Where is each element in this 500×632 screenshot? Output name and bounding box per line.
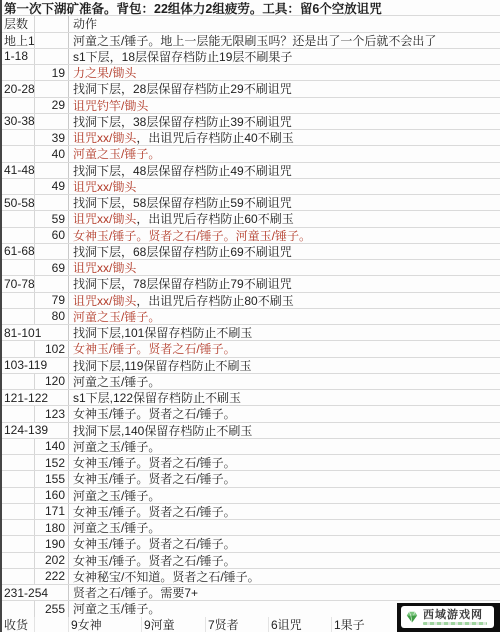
- action-text: s1下层，18层保留存档防止19层不刷果子: [73, 50, 292, 64]
- table-row[interactable]: 121-122s1下层,122保留存档防止不刷玉: [2, 390, 500, 406]
- action-text: 河童之玉/锤子。: [73, 440, 160, 454]
- watermark-text-column: 西域游戏网: [423, 609, 487, 625]
- action-text: 河童之玉/锤子。地上一层能无限刷玉吗？还是出了一个后就不会出了: [73, 34, 436, 48]
- gem-icon: [404, 609, 420, 625]
- layer-range-cell: [2, 439, 35, 454]
- layer-number: 222: [45, 569, 65, 583]
- table-row[interactable]: 124-139找洞下层,140保留存档防止不刷玉: [2, 423, 500, 439]
- action-text: 女神玉/锤子。贤者之石/锤子。: [73, 554, 236, 568]
- action-text: 河童之玉/锤子。: [73, 375, 160, 389]
- layer-range: 81-101: [4, 326, 41, 340]
- action-cell: 诅咒钓竿/锄头: [69, 97, 500, 114]
- layer-range-cell: [2, 146, 35, 161]
- action-cell: 找洞下层，48层保留存档防止49不刷诅咒: [69, 162, 500, 179]
- layer-range: 30-38: [4, 114, 35, 128]
- table-row[interactable]: 69诅咒xx/锄头: [2, 260, 500, 276]
- footer-count-sage: 7贤者: [206, 617, 269, 632]
- watermark-site-name: 西域游戏网: [423, 609, 487, 621]
- layer-range-cell: 地上1: [2, 33, 35, 48]
- layer-number-cell: 102: [35, 341, 69, 356]
- action-text: ，出诅咒后存档防止80不刷玉: [136, 294, 293, 308]
- action-text: 诅咒xx/锄头: [73, 261, 136, 275]
- table-row[interactable]: 19力之果/锄头: [2, 65, 500, 81]
- table-row[interactable]: 59诅咒xx/锄头，出诅咒后存档防止60不刷玉: [2, 211, 500, 227]
- layer-number: 202: [45, 553, 65, 567]
- table-row[interactable]: 60女神玉/锤子。贤者之石/锤子。河童玉/锤子。: [2, 228, 500, 244]
- layer-range: 231-254: [4, 586, 48, 600]
- layer-number: 120: [45, 374, 65, 388]
- action-cell: 女神秘宝/不知道。贤者之石/锤子。: [69, 568, 500, 585]
- table-row[interactable]: 49诅咒xx/锄头: [2, 179, 500, 195]
- table-row[interactable]: 152女神玉/锤子。贤者之石/锤子。: [2, 455, 500, 471]
- layer-number-cell: 222: [35, 569, 69, 584]
- layer-number-cell: 155: [35, 471, 69, 486]
- layer-number-cell: [35, 81, 69, 96]
- layer-number-cell: 39: [35, 130, 69, 145]
- layer-number-cell: 19: [35, 65, 69, 80]
- action-text: 女神玉/锤子。贤者之石/锤子。: [73, 456, 236, 470]
- action-cell: 女神玉/锤子。贤者之石/锤子。: [69, 552, 500, 569]
- table-row[interactable]: 79诅咒xx/锄头，出诅咒后存档防止80不刷玉: [2, 293, 500, 309]
- layer-number-cell: 49: [35, 179, 69, 194]
- table-row[interactable]: 202女神玉/锤子。贤者之石/锤子。: [2, 553, 500, 569]
- action-text: 诅咒xx/锄头: [73, 212, 136, 226]
- layer-number: 160: [45, 488, 65, 502]
- action-cell: 河童之玉/锤子。地上一层能无限刷玉吗？还是出了一个后就不会出了: [69, 32, 500, 49]
- layer-number-cell: 140: [35, 439, 69, 454]
- table-row[interactable]: 20-28找洞下层，28层保留存档防止29不刷诅咒: [2, 81, 500, 97]
- layer-number-cell: [35, 114, 69, 129]
- layer-number-cell: 123: [35, 406, 69, 421]
- action-text: 找洞下层，48层保留存档防止49不刷诅咒: [73, 164, 292, 178]
- action-text: 诅咒xx/锄头: [73, 131, 136, 145]
- layer-range-cell: 1-18: [2, 49, 35, 64]
- action-text: 河童之玉/锤子。: [73, 489, 160, 503]
- action-text: 找洞下层，78层保留存档防止79不刷诅咒: [73, 277, 292, 291]
- layer-number: 102: [45, 342, 65, 356]
- action-cell: 河童之玉/锤子。: [69, 487, 500, 504]
- layer-number-cell: [35, 195, 69, 210]
- column-header-spacer: [35, 16, 69, 31]
- table-row[interactable]: 41-48找洞下层，48层保留存档防止49不刷诅咒: [2, 163, 500, 179]
- layer-range-cell: [2, 228, 35, 243]
- table-row[interactable]: 80河童之玉/锤子。: [2, 309, 500, 325]
- action-cell: 力之果/锄头: [69, 64, 500, 81]
- layer-range: 121-122: [4, 391, 48, 405]
- action-text: 诅咒xx/锄头: [73, 294, 136, 308]
- layer-range-cell: [2, 406, 35, 421]
- action-cell: 找洞下层,101保留存档防止不刷玉: [69, 324, 500, 341]
- table-row[interactable]: 1-18s1下层，18层保留存档防止19层不刷果子: [2, 49, 500, 65]
- layer-range-cell: [2, 569, 35, 584]
- layer-number: 152: [45, 456, 65, 470]
- table-row[interactable]: 50-58找洞下层，58层保留存档防止59不刷诅咒: [2, 195, 500, 211]
- layer-number: 155: [45, 472, 65, 486]
- layer-number: 60: [52, 228, 65, 242]
- table-row[interactable]: 地上1河童之玉/锤子。地上一层能无限刷玉吗？还是出了一个后就不会出了: [2, 33, 500, 49]
- layer-range: 70-78: [4, 277, 35, 291]
- layer-number-cell: 202: [35, 553, 69, 568]
- layer-range-cell: [2, 260, 35, 275]
- table-row[interactable]: 61-68找洞下层，68层保留存档防止69不刷诅咒: [2, 244, 500, 260]
- action-cell: 女神玉/锤子。贤者之石/锤子。河童玉/锤子。: [69, 227, 500, 244]
- action-cell: 找洞下层，38层保留存档防止39不刷诅咒: [69, 113, 500, 130]
- action-text: 找洞下层，28层保留存档防止29不刷诅咒: [73, 82, 292, 96]
- action-cell: 诅咒xx/锄头，出诅咒后存档防止80不刷玉: [69, 292, 500, 309]
- layer-number-cell: 255: [35, 601, 69, 616]
- action-text: 找洞下层，38层保留存档防止39不刷诅咒: [73, 115, 292, 129]
- table-row[interactable]: 40河童之玉/锤子。: [2, 146, 500, 162]
- layer-range: 1-18: [4, 49, 28, 63]
- action-cell: 找洞下层，68层保留存档防止69不刷诅咒: [69, 243, 500, 260]
- layer-range-cell: [2, 309, 35, 324]
- action-text: 诅咒钓竿/锄头: [73, 99, 148, 113]
- layer-number-cell: [35, 33, 69, 48]
- action-cell: 女神玉/锤子。贤者之石/锤子。: [69, 470, 500, 487]
- action-cell: 诅咒xx/锄头: [69, 178, 500, 195]
- action-text: 女神秘宝/不知道。贤者之石/锤子。: [73, 570, 260, 584]
- layer-range-cell: 50-58: [2, 195, 35, 210]
- layer-range-cell: [2, 374, 35, 389]
- layer-number-cell: 79: [35, 293, 69, 308]
- action-cell: 女神玉/锤子。贤者之石/锤子。: [69, 405, 500, 422]
- action-text: 找洞下层,101保留存档防止不刷玉: [73, 326, 252, 340]
- table-row[interactable]: 123女神玉/锤子。贤者之石/锤子。: [2, 406, 500, 422]
- layer-range-cell: [2, 98, 35, 113]
- layer-range-cell: [2, 341, 35, 356]
- action-text: s1下层,122保留存档防止不刷玉: [73, 391, 241, 405]
- column-header-action: 动作: [69, 15, 500, 32]
- action-text: ，出诅咒后存档防止60不刷玉: [136, 212, 293, 226]
- action-cell: 找洞下层，78层保留存档防止79不刷诅咒: [69, 275, 500, 292]
- action-cell: 诅咒xx/锄头，出诅咒后存档防止60不刷玉: [69, 210, 500, 227]
- spreadsheet: 第一次下湖矿准备。背包：22组体力2组疲劳。工具：留6个空放诅咒 层数 动作 地…: [0, 0, 500, 632]
- layer-number-cell: 80: [35, 309, 69, 324]
- action-text: 找洞下层,119保留存档防止不刷玉: [73, 359, 251, 373]
- table-row[interactable]: 160河童之玉/锤子。: [2, 488, 500, 504]
- table-row[interactable]: 29诅咒钓竿/锄头: [2, 98, 500, 114]
- footer-count-curse: 6诅咒: [269, 617, 332, 632]
- action-cell: 诅咒xx/锄头，出诅咒后存档防止40不刷玉: [69, 129, 500, 146]
- action-cell: 女神玉/锤子。贤者之石/锤子。: [69, 454, 500, 471]
- layer-range-cell: [2, 553, 35, 568]
- layer-number-cell: [35, 163, 69, 178]
- action-text: 河童之玉/锤子。: [73, 310, 160, 324]
- layer-number-cell: 29: [35, 98, 69, 113]
- layer-range-cell: [2, 65, 35, 80]
- layer-range-cell: [2, 179, 35, 194]
- layer-number-cell: 180: [35, 520, 69, 535]
- action-text: 女神玉/锤子。贤者之石/锤子。: [73, 537, 236, 551]
- action-text: ，出诅咒后存档防止40不刷玉: [136, 131, 293, 145]
- layer-range-cell: [2, 293, 35, 308]
- layer-number-cell: 190: [35, 536, 69, 551]
- action-cell: 河童之玉/锤子。: [69, 519, 500, 536]
- table-row[interactable]: 155女神玉/锤子。贤者之石/锤子。: [2, 471, 500, 487]
- page-title: 第一次下湖矿准备。背包：22组体力2组疲劳。工具：留6个空放诅咒: [4, 0, 382, 17]
- action-cell: 诅咒xx/锄头: [69, 259, 500, 276]
- action-text: 力之果/锄头: [73, 66, 136, 80]
- table-row[interactable]: 102女神玉/锤子。贤者之石/锤子。: [2, 341, 500, 357]
- action-cell: s1下层,122保留存档防止不刷玉: [69, 389, 500, 406]
- layer-number-cell: 160: [35, 488, 69, 503]
- table-row[interactable]: 81-101找洞下层,101保留存档防止不刷玉: [2, 325, 500, 341]
- action-cell: 找洞下层,119保留存档防止不刷玉: [69, 357, 500, 374]
- layer-number: 180: [45, 521, 65, 535]
- action-cell: 女神玉/锤子。贤者之石/锤子。: [69, 503, 500, 520]
- action-text: 女神玉/锤子。贤者之石/锤子。: [73, 472, 236, 486]
- footer-count-fruit: 1果子: [332, 617, 402, 632]
- layer-number-cell: 40: [35, 146, 69, 161]
- layer-number: 49: [52, 179, 65, 193]
- layer-range-cell: [2, 130, 35, 145]
- layer-range-cell: [2, 504, 35, 519]
- table-row[interactable]: 180河童之玉/锤子。: [2, 520, 500, 536]
- action-text: 找洞下层，58层保留存档防止59不刷诅咒: [73, 196, 292, 210]
- footer-label-cell: 收货: [2, 617, 35, 632]
- table-row[interactable]: 140河童之玉/锤子。: [2, 439, 500, 455]
- layer-range-cell: [2, 536, 35, 551]
- action-cell: 女神玉/锤子。贤者之石/锤子。: [69, 340, 500, 357]
- action-cell: 找洞下层,140保留存档防止不刷玉: [69, 422, 500, 439]
- layer-number-cell: 120: [35, 374, 69, 389]
- layer-number: 255: [45, 602, 65, 616]
- layer-range-cell: 124-139: [2, 423, 35, 438]
- action-cell: 女神玉/锤子。贤者之石/锤子。: [69, 535, 500, 552]
- action-text: 女神玉/锤子。贤者之石/锤子。: [73, 407, 236, 421]
- layer-number-cell: [35, 244, 69, 259]
- layer-number: 39: [52, 131, 65, 145]
- layer-number: 140: [45, 439, 65, 453]
- watermark-card: 西域游戏网: [401, 606, 494, 628]
- layer-range: 20-28: [4, 82, 35, 96]
- layer-number: 190: [45, 537, 65, 551]
- layer-range-cell: 103-119: [2, 358, 35, 373]
- table-row[interactable]: 231-254贤者之石/锤子。需要7+: [2, 585, 500, 601]
- layer-range-cell: [2, 211, 35, 226]
- layer-range: 50-58: [4, 196, 35, 210]
- action-cell: 河童之玉/锤子。: [69, 438, 500, 455]
- action-text: 女神玉/锤子。贤者之石/锤子。: [73, 505, 236, 519]
- layer-range: 41-48: [4, 163, 35, 177]
- layer-number-cell: 69: [35, 260, 69, 275]
- action-text: 河童之玉/锤子。: [73, 147, 160, 161]
- action-text: 河童之玉/锤子。: [73, 602, 160, 616]
- layer-range-cell: 20-28: [2, 81, 35, 96]
- layer-range-cell: 30-38: [2, 114, 35, 129]
- layer-range: 103-119: [4, 358, 47, 372]
- action-text: 女神玉/锤子。贤者之石/锤子。河童玉/锤子。: [73, 229, 311, 243]
- layer-range: 124-139: [4, 423, 48, 437]
- action-text: 找洞下层,140保留存档防止不刷玉: [73, 424, 252, 438]
- layer-range-cell: 231-254: [2, 585, 35, 600]
- watermark-tagline-bar: [423, 622, 487, 625]
- layer-range-cell: [2, 488, 35, 503]
- layer-range: 地上1: [4, 32, 35, 49]
- action-text: 女神玉/锤子。贤者之石/锤子。: [73, 342, 236, 356]
- layer-number-cell: 171: [35, 504, 69, 519]
- table-row[interactable]: 222女神秘宝/不知道。贤者之石/锤子。: [2, 569, 500, 585]
- table-row[interactable]: 30-38找洞下层，38层保留存档防止39不刷诅咒: [2, 114, 500, 130]
- layer-range-cell: 61-68: [2, 244, 35, 259]
- layer-range-cell: 121-122: [2, 390, 35, 405]
- layer-number: 19: [52, 66, 65, 80]
- table-row[interactable]: 39诅咒xx/锄头，出诅咒后存档防止40不刷玉: [2, 130, 500, 146]
- layer-range: 61-68: [4, 244, 35, 258]
- layer-range-cell: [2, 471, 35, 486]
- watermark: 西域游戏网: [397, 603, 500, 632]
- layer-number: 171: [45, 504, 65, 518]
- layer-number: 29: [52, 98, 65, 112]
- layer-range-cell: [2, 520, 35, 535]
- action-cell: 河童之玉/锤子。: [69, 373, 500, 390]
- layer-number-cell: [35, 276, 69, 291]
- layer-number: 123: [45, 407, 65, 421]
- layer-number-cell: 59: [35, 211, 69, 226]
- column-header-layer: 层数: [2, 16, 35, 31]
- layer-number: 79: [52, 293, 65, 307]
- action-cell: s1下层，18层保留存档防止19层不刷果子: [69, 48, 500, 65]
- table-row[interactable]: 190女神玉/锤子。贤者之石/锤子。: [2, 536, 500, 552]
- table-row[interactable]: 70-78找洞下层，78层保留存档防止79不刷诅咒: [2, 276, 500, 292]
- footer-count-kappa: 9河童: [142, 617, 206, 632]
- layer-number: 59: [52, 212, 65, 226]
- table-row[interactable]: 171女神玉/锤子。贤者之石/锤子。: [2, 504, 500, 520]
- action-text: 河童之玉/锤子。: [73, 521, 160, 535]
- header-row[interactable]: 层数 动作: [2, 16, 500, 32]
- action-text: 找洞下层，68层保留存档防止69不刷诅咒: [73, 245, 292, 259]
- layer-number-cell: 60: [35, 228, 69, 243]
- layer-number-cell: [35, 49, 69, 64]
- action-text: 贤者之石/锤子。需要7+: [73, 586, 198, 600]
- footer-count-goddess: 9女神: [69, 617, 142, 632]
- layer-range-cell: 81-101: [2, 325, 35, 340]
- table-row[interactable]: 120河童之玉/锤子。: [2, 374, 500, 390]
- action-cell: 找洞下层，28层保留存档防止29不刷诅咒: [69, 80, 500, 97]
- layer-range-cell: [2, 455, 35, 470]
- action-cell: 找洞下层，58层保留存档防止59不刷诅咒: [69, 194, 500, 211]
- layer-range-cell: 41-48: [2, 163, 35, 178]
- layer-number: 80: [52, 309, 65, 323]
- action-cell: 河童之玉/锤子。: [69, 308, 500, 325]
- layer-number: 40: [52, 147, 65, 161]
- footer-empty-cell: [35, 617, 69, 632]
- table-row[interactable]: 103-119找洞下层,119保留存档防止不刷玉: [2, 358, 500, 374]
- action-cell: 贤者之石/锤子。需要7+: [69, 584, 500, 601]
- layer-range-cell: [2, 601, 35, 616]
- title-row[interactable]: 第一次下湖矿准备。背包：22组体力2组疲劳。工具：留6个空放诅咒: [2, 0, 500, 16]
- layer-number-cell: 152: [35, 455, 69, 470]
- layer-number: 69: [52, 261, 65, 275]
- action-text: 诅咒xx/锄头: [73, 180, 136, 194]
- layer-range-cell: 70-78: [2, 276, 35, 291]
- action-cell: 河童之玉/锤子。: [69, 145, 500, 162]
